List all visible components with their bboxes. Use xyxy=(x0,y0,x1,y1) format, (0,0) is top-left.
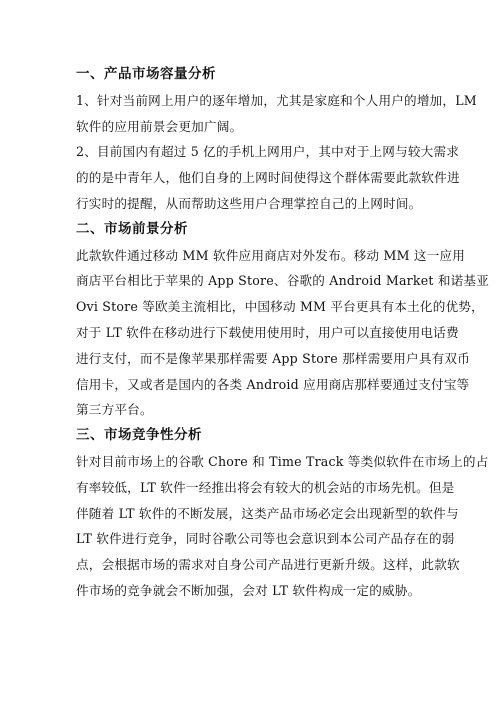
paragraph-line: 伴随着 LT 软件的不断发展，这类产品市场必定会出现新型的软件与 xyxy=(76,501,428,527)
paragraph-line: Ovi Store 等欧美主流相比，中国移动 MM 平台更具有本土化的优势， xyxy=(76,294,428,320)
paragraph-line: 行实时的提醒，从而帮助这些用户合理掌控自己的上网时间。 xyxy=(76,191,428,217)
document-page: 一、产品市场容量分析 1、针对当前网上用户的逐年增加，尤其是家庭和个人用户的增加… xyxy=(76,62,428,604)
paragraph-line: 有率较低，LT 软件一经推出将会有较大的机会站的市场先机。但是 xyxy=(76,475,428,501)
paragraph-line: 1、针对当前网上用户的逐年增加，尤其是家庭和个人用户的增加，LM xyxy=(76,88,428,114)
section-heading: 一、产品市场容量分析 xyxy=(76,62,428,88)
paragraph-line: 此款软件通过移动 MM 软件应用商店对外发布。移动 MM 这一应用 xyxy=(76,243,428,269)
section-heading: 三、市场竞争性分析 xyxy=(76,423,428,449)
paragraph-line: 点，会根据市场的需求对自身公司产品进行更新升级。这样，此款软 xyxy=(76,552,428,578)
paragraph-line: 2、目前国内有超过 5 亿的手机上网用户，其中对于上网与较大需求 xyxy=(76,139,428,165)
paragraph-line: 软件的应用前景会更加广阔。 xyxy=(76,114,428,140)
section-heading: 二、市场前景分析 xyxy=(76,217,428,243)
paragraph-line: 信用卡，又或者是国内的各类 Android 应用商店那样要通过支付宝等 xyxy=(76,372,428,398)
paragraph-line: 第三方平台。 xyxy=(76,397,428,423)
paragraph-line: 对于 LT 软件在移动进行下载使用使用时，用户可以直接使用电话费 xyxy=(76,320,428,346)
paragraph-line: 件市场的竞争就会不断加强，会对 LT 软件构成一定的威胁。 xyxy=(76,578,428,604)
paragraph-line: 商店平台相比于苹果的 App Store、谷歌的 Android Market … xyxy=(76,268,428,294)
paragraph-line: LT 软件进行竞争，同时谷歌公司等也会意识到本公司产品存在的弱 xyxy=(76,526,428,552)
paragraph-line: 进行支付，而不是像苹果那样需要 App Store 那样需要用户具有双币 xyxy=(76,346,428,372)
paragraph-line: 针对目前市场上的谷歌 Chore 和 Time Track 等类似软件在市场上的… xyxy=(76,449,428,475)
paragraph-line: 的的是中青年人，他们自身的上网时间使得这个群体需要此款软件进 xyxy=(76,165,428,191)
